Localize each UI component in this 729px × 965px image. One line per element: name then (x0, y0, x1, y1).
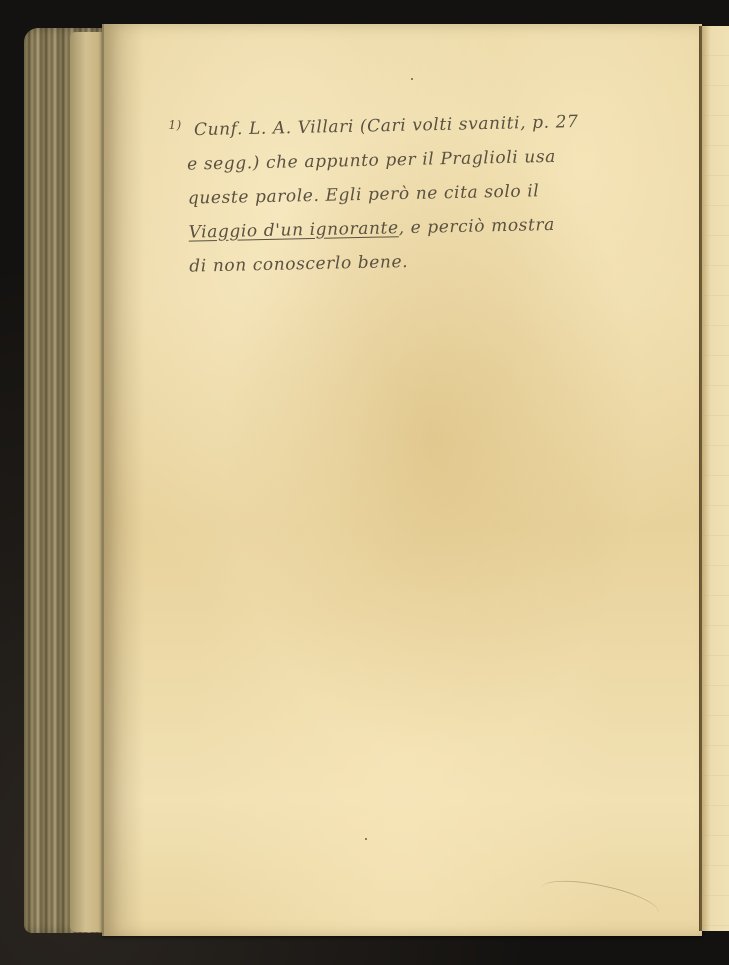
book-title-underlined: Viaggio d'un ignorante (188, 218, 398, 242)
ink-speck (411, 78, 413, 80)
handwritten-footnote: 1)Cunf. L. A. Villari (Cari volti svanit… (168, 98, 632, 283)
facing-page-edge (700, 26, 729, 931)
footnote-marker: 1) (168, 118, 182, 132)
page-fold-shadow (104, 24, 144, 936)
ink-speck (365, 838, 367, 840)
